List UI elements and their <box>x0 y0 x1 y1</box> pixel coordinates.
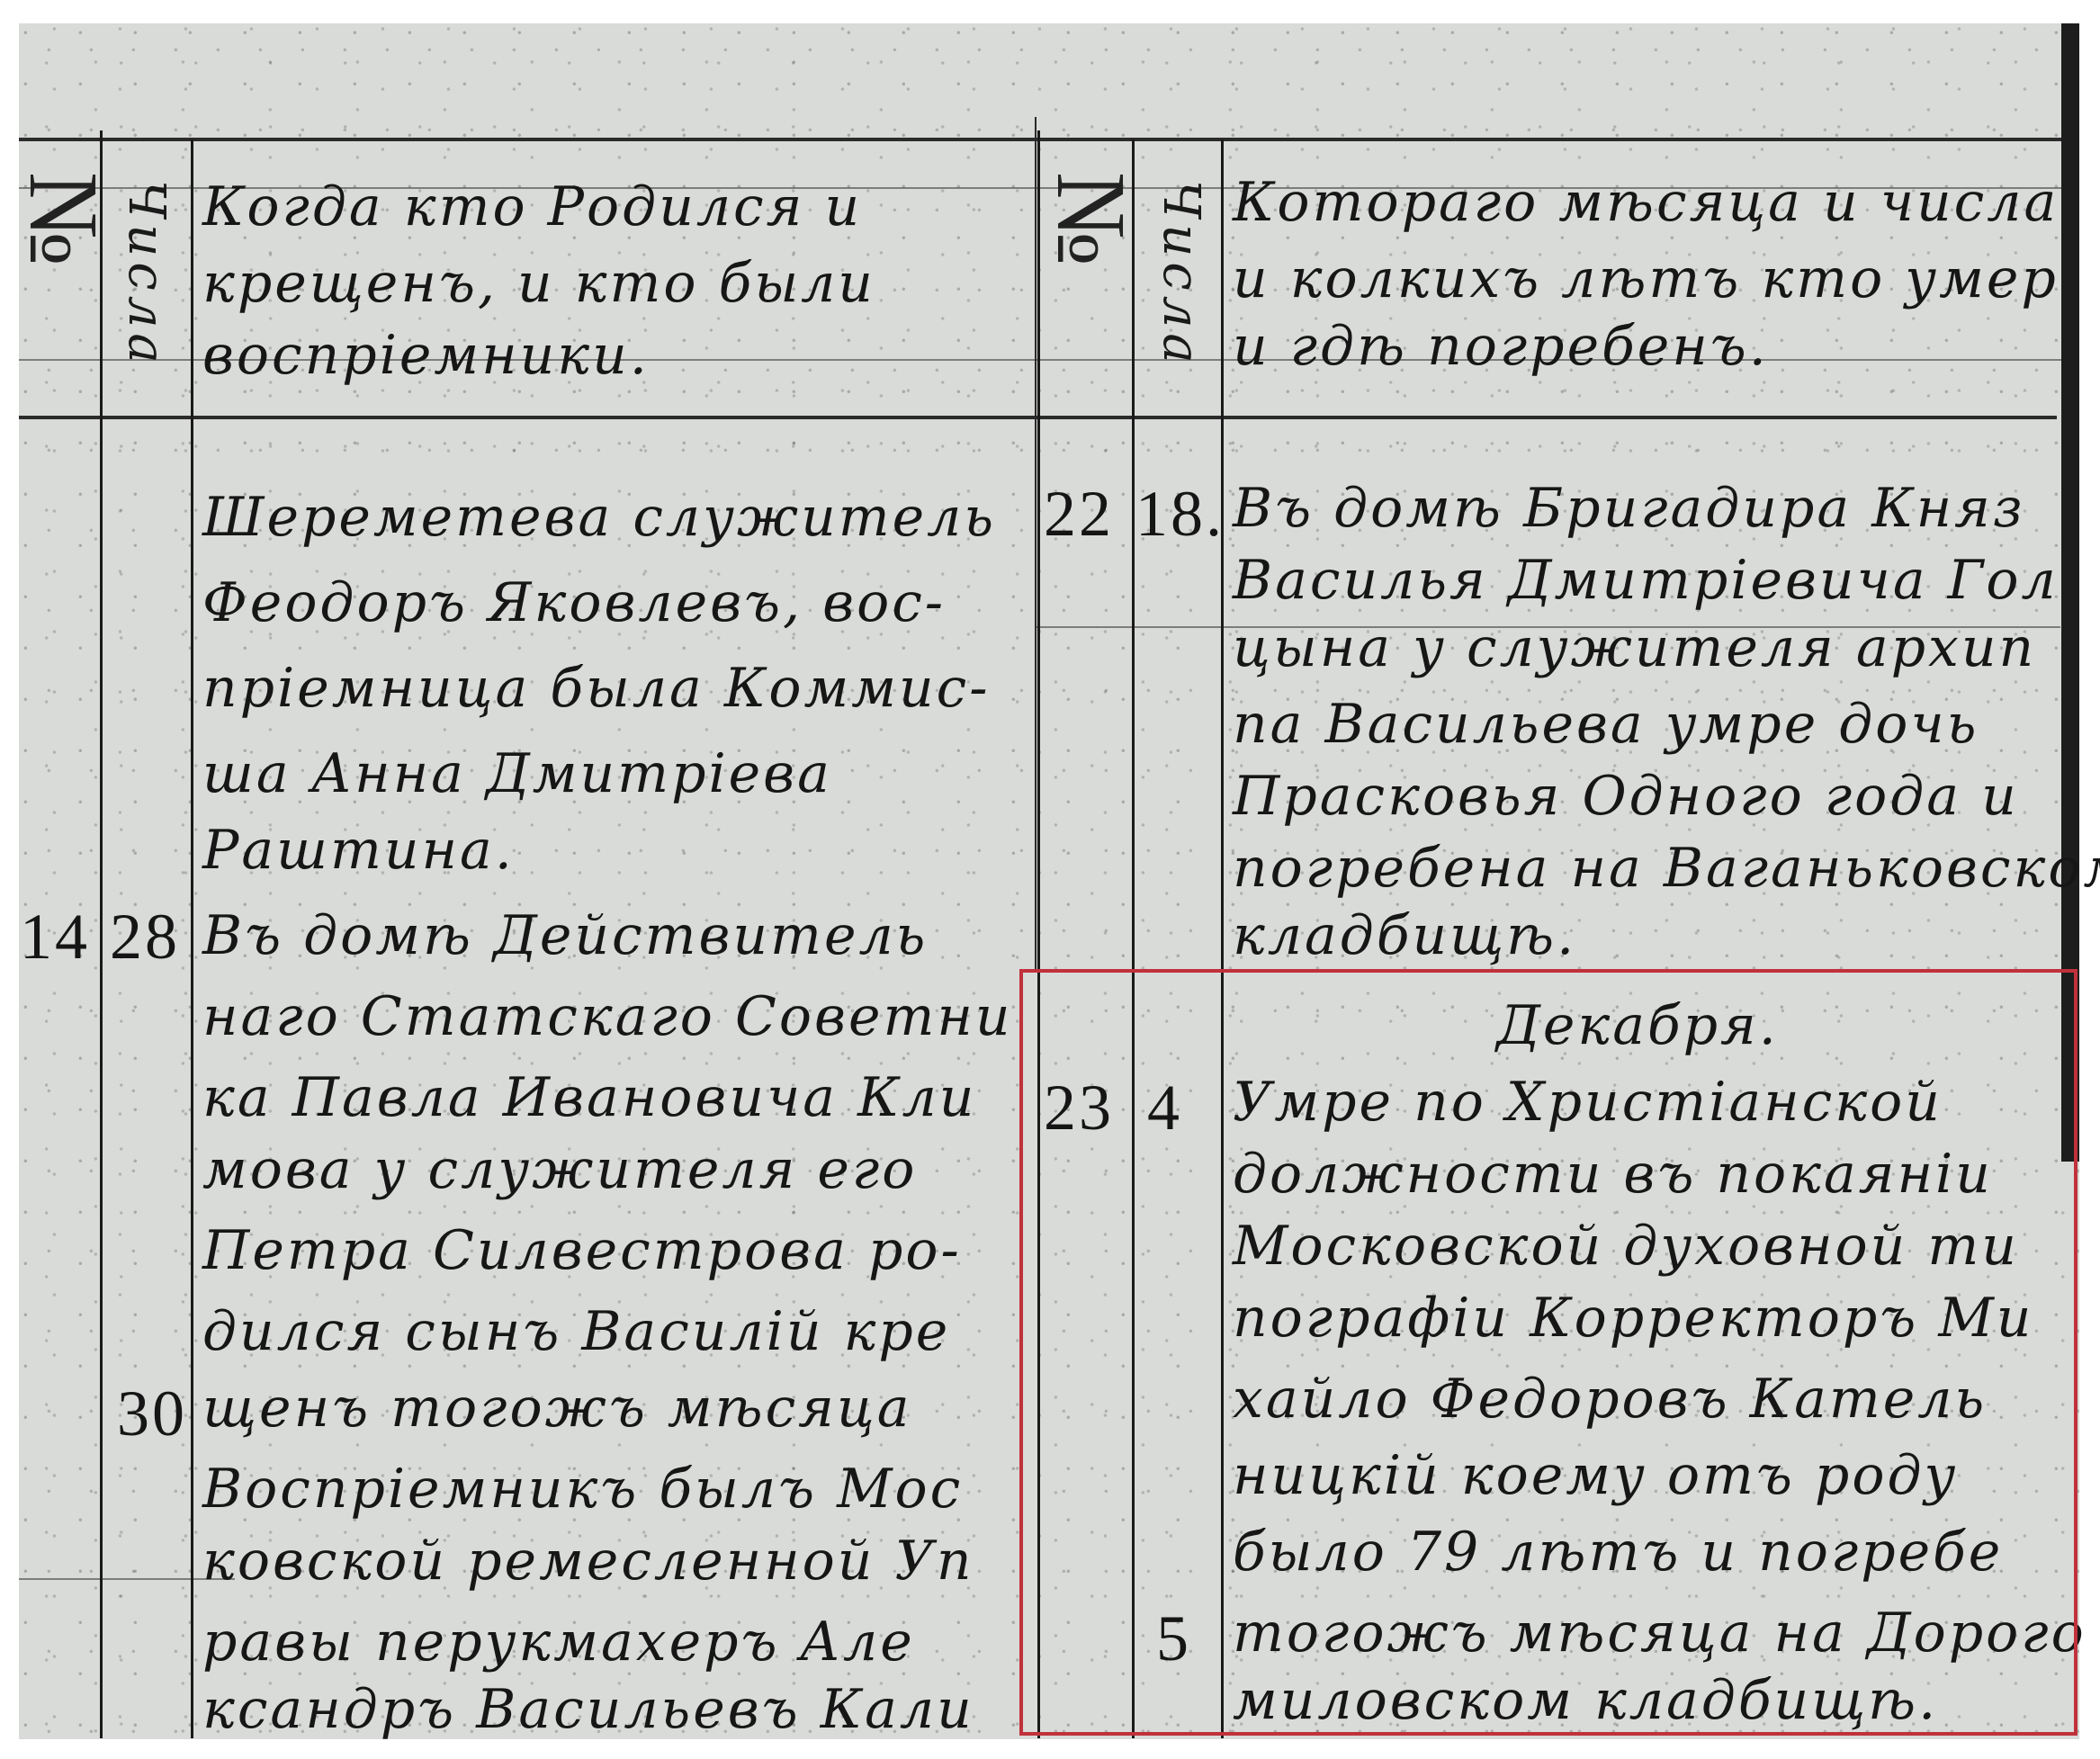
left-entry14-line-10: равы перукмахеръ Але <box>202 1615 915 1669</box>
left-cont-line-2: Феодоръ Яковлевъ, вос- <box>202 576 946 630</box>
day-column-label-right: Числа <box>1152 180 1210 369</box>
entry-day-4: 4 <box>1147 1071 1182 1145</box>
day-column-label-left: Числа <box>117 180 175 369</box>
left-header-line-2: крещенъ, и кто были <box>202 256 875 310</box>
left-entry14-line-7: щенъ тогожъ мѣсяца <box>202 1381 912 1435</box>
entry-day-30: 30 <box>117 1377 187 1451</box>
entry-number-23: 23 <box>1044 1071 1114 1145</box>
right-entry23-line-6: ницкій коему отъ роду <box>1233 1449 1958 1503</box>
right-col-rule-text <box>1221 139 1224 1738</box>
entry-number-22: 22 <box>1044 477 1114 552</box>
right-header-line-2: и колкихъ лѣтъ кто умер <box>1233 252 2059 306</box>
right-entry23-line-5: хайло Федоровъ Катель <box>1233 1372 1987 1426</box>
right-entry22-line-4: па Васильева умре дочь <box>1233 697 1979 751</box>
left-col-rule-day <box>191 139 193 1738</box>
right-entry22-line-3: цына у служителя архип <box>1233 621 2036 675</box>
left-entry14-line-4: мова у служителя его <box>202 1143 917 1197</box>
right-entry23-line-9: миловском кладбищѣ. <box>1233 1674 1938 1728</box>
left-entry14-line-1: Въ домѣ Действитель <box>202 909 928 963</box>
left-entry14-line-2: наго Статскаго Советни <box>202 990 1013 1044</box>
right-entry23-line-7: было 79 лѣтъ и погребе <box>1233 1525 2003 1579</box>
left-entry14-line-8: Воспріемникъ былъ Мос <box>202 1462 963 1516</box>
left-cont-line-5: Раштина. <box>202 823 515 877</box>
right-entry23-line-2: должности въ покаяніи <box>1233 1147 1993 1201</box>
number-column-glyph-right: № <box>1034 172 1148 266</box>
right-entry23-line-1: Умре по Христіанской <box>1233 1075 1943 1129</box>
left-cont-line-3: пріемница была Коммис- <box>202 661 990 715</box>
right-entry23-line-8: тогожъ мѣсяца на Дорого <box>1233 1606 2087 1660</box>
month-heading-december: Декабря. <box>1233 999 2042 1053</box>
right-entry22-line-5: Прасковья Одного года и <box>1233 769 2019 823</box>
header-top-rule <box>19 138 2061 141</box>
left-entry14-line-9: ковской ремесленной Уп <box>202 1534 974 1588</box>
left-col-rule-number <box>100 130 103 1738</box>
right-col-rule-day <box>1132 139 1135 1738</box>
left-entry14-line-3: ка Павла Ивановича Кли <box>202 1071 976 1125</box>
scan-right-shadow <box>2061 23 2079 1162</box>
left-header-line-1: Когда кто Родился и <box>202 180 862 234</box>
right-entry22-line-6: погребена на Ваганьковском <box>1233 841 2100 895</box>
left-entry14-line-5: Петра Силвестрова ро- <box>202 1224 962 1278</box>
right-col-rule-number <box>1037 130 1040 1738</box>
right-entry22-line-7: кладбищѣ. <box>1233 909 1576 963</box>
left-entry14-line-11: ксандръ Васильевъ Кали <box>202 1683 974 1737</box>
entry-burial-day-5: 5 <box>1156 1602 1191 1676</box>
number-column-glyph-left: № <box>6 172 121 266</box>
right-entry22-line-2: Василья Дмитріевича Гол <box>1233 553 2059 607</box>
left-cont-line-1: Шереметева служитель <box>202 490 996 544</box>
right-header-line-3: и гдѣ погребенъ. <box>1233 319 1769 373</box>
entry-day-28: 28 <box>110 900 180 974</box>
left-entry14-line-6: дился сынъ Василій кре <box>202 1305 950 1359</box>
right-entry23-line-3: Московской духовной ти <box>1233 1219 2019 1273</box>
right-entry22-line-1: Въ домѣ Бригадира Княз <box>1233 481 2025 535</box>
right-entry23-line-4: пографіи Корректоръ Ми <box>1233 1291 2033 1345</box>
right-header-line-1: Котораго мѣсяца и числа <box>1233 175 2059 229</box>
left-header-line-3: воспріемники. <box>202 328 650 382</box>
entry-day-18: 18. <box>1135 477 1225 552</box>
entry-number-14: 14 <box>20 900 90 974</box>
left-cont-line-4: ша Анна Дмитріева <box>202 747 832 801</box>
